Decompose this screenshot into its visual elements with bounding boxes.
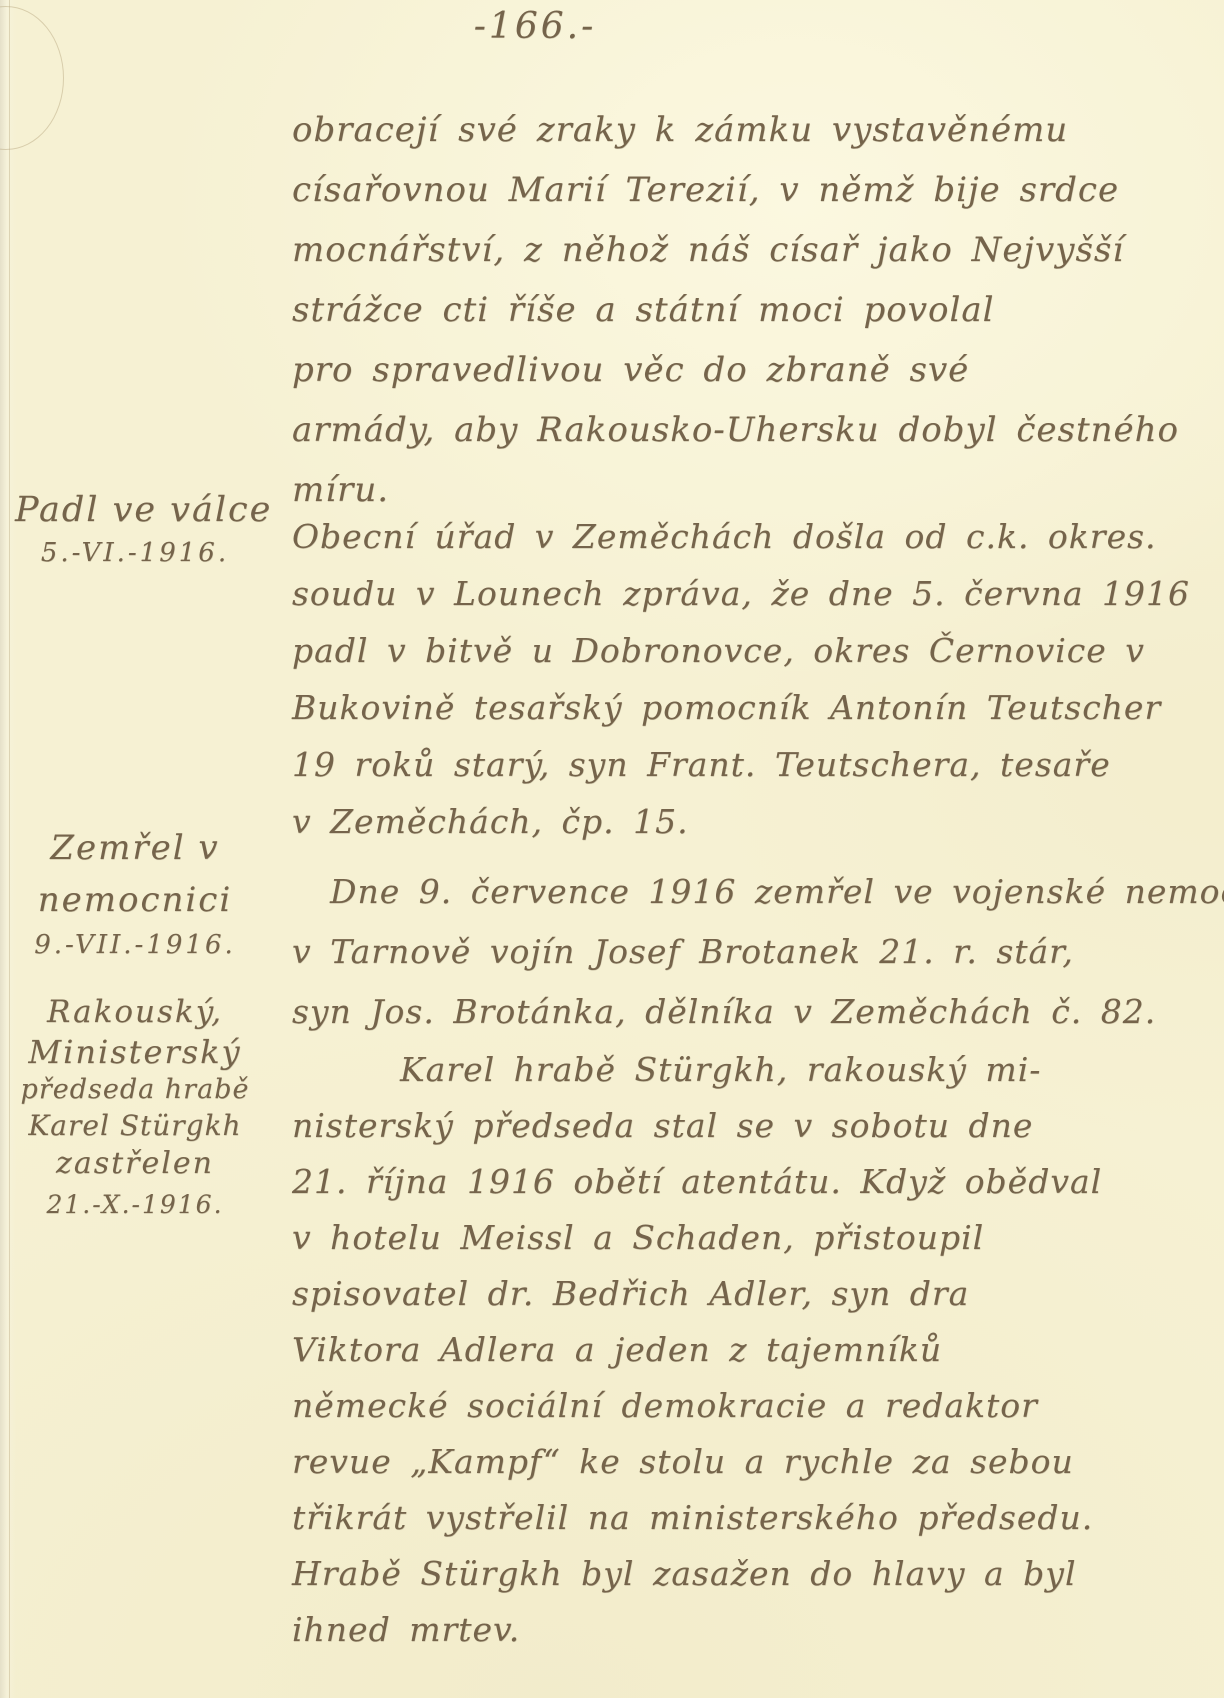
text-line: Bukovině tesařský pomocník Antonín Teuts… xyxy=(292,679,1197,736)
text-line: strážce cti říše a státní moci povolal xyxy=(292,280,1197,340)
text-line: obracejí své zraky k zámku vystavěnému xyxy=(292,100,1197,160)
margin-note-title: Padl ve válce xyxy=(15,490,255,530)
text-line: třikrát vystřelil na ministerského předs… xyxy=(292,1490,1197,1546)
margin-note-line: nemocnici xyxy=(15,874,255,926)
paragraph-died-in-hospital: Dne 9. července 1916 zemřel ve vojenské … xyxy=(292,862,1197,1042)
paragraph-intro: obracejí své zraky k zámku vystavěnému c… xyxy=(292,100,1197,520)
margin-note-line: předseda hrabě xyxy=(15,1072,255,1108)
text-line: Viktora Adlera a jeden z tajemníků xyxy=(292,1322,1197,1378)
text-line: soudu v Lounech zpráva, že dne 5. června… xyxy=(292,565,1197,622)
text-line: pro spravedlivou věc do zbraně své xyxy=(292,340,1197,400)
margin-note-line: zastřelen xyxy=(15,1144,255,1184)
text-line: v Tarnově vojín Josef Brotanek 21. r. st… xyxy=(292,922,1197,982)
text-line: syn Jos. Brotánka, dělníka v Zeměchách č… xyxy=(292,982,1197,1042)
text-line: německé sociální demokracie a redaktor xyxy=(292,1378,1197,1434)
watermark-arc xyxy=(0,6,64,150)
text-line: 21. října 1916 obětí atentátu. Když oběd… xyxy=(292,1154,1197,1210)
text-line: spisovatel dr. Bedřich Adler, syn dra xyxy=(292,1266,1197,1322)
margin-note-died-in-hospital: Zemřel v nemocnici 9.-VII.-1916. xyxy=(15,822,255,960)
text-line: ihned mrtev. xyxy=(292,1602,1197,1658)
margin-note-fallen-in-war: Padl ve válce 5.-VI.-1916. xyxy=(15,490,255,568)
text-line: Karel hrabě Stürgkh, rakouský mi- xyxy=(292,1042,1197,1098)
text-line: mocnářství, z něhož náš císař jako Nejvy… xyxy=(292,220,1197,280)
margin-note-line: Karel Stürgkh xyxy=(15,1108,255,1144)
paragraph-sturgkh-assassination: Karel hrabě Stürgkh, rakouský mi- nister… xyxy=(292,1042,1197,1658)
text-line: armády, aby Rakousko-Uhersku dobyl čestn… xyxy=(292,400,1197,460)
text-line: 19 roků starý, syn Frant. Teutschera, te… xyxy=(292,736,1197,793)
paper-edge-line xyxy=(9,0,10,1698)
text-line: v hotelu Meissl a Schaden, přistoupil xyxy=(292,1210,1197,1266)
chronicle-page: -166.- Padl ve válce 5.-VI.-1916. Zemřel… xyxy=(0,0,1224,1698)
text-line: nisterský předseda stal se v sobotu dne xyxy=(292,1098,1197,1154)
text-line: císařovnou Marií Terezií, v němž bije sr… xyxy=(292,160,1197,220)
text-line: v Zeměchách, čp. 15. xyxy=(292,793,1197,850)
margin-note-line: Ministerský xyxy=(15,1032,255,1072)
text-line: padl v bitvě u Dobronovce, okres Černovi… xyxy=(292,622,1197,679)
text-line: Hrabě Stürgkh byl zasažen do hlavy a byl xyxy=(292,1546,1197,1602)
margin-note-date: 21.-X.-1916. xyxy=(15,1190,255,1219)
page-number: -166.- xyxy=(380,6,690,47)
margin-note-date: 5.-VI.-1916. xyxy=(15,538,255,568)
text-line: Dne 9. července 1916 zemřel ve vojenské … xyxy=(292,862,1197,922)
text-line: revue „Kampf“ ke stolu a rychle za sebou xyxy=(292,1434,1197,1490)
paragraph-fallen-in-war: Obecní úřad v Zeměchách došla od c.k. ok… xyxy=(292,508,1197,850)
text-line: Obecní úřad v Zeměchách došla od c.k. ok… xyxy=(292,508,1197,565)
margin-note-sturgkh-shot: Rakouský, Ministerský předseda hrabě Kar… xyxy=(15,992,255,1219)
margin-note-date: 9.-VII.-1916. xyxy=(15,930,255,960)
margin-note-line: Rakouský, xyxy=(15,992,255,1032)
margin-note-line: Zemřel v xyxy=(15,822,255,874)
